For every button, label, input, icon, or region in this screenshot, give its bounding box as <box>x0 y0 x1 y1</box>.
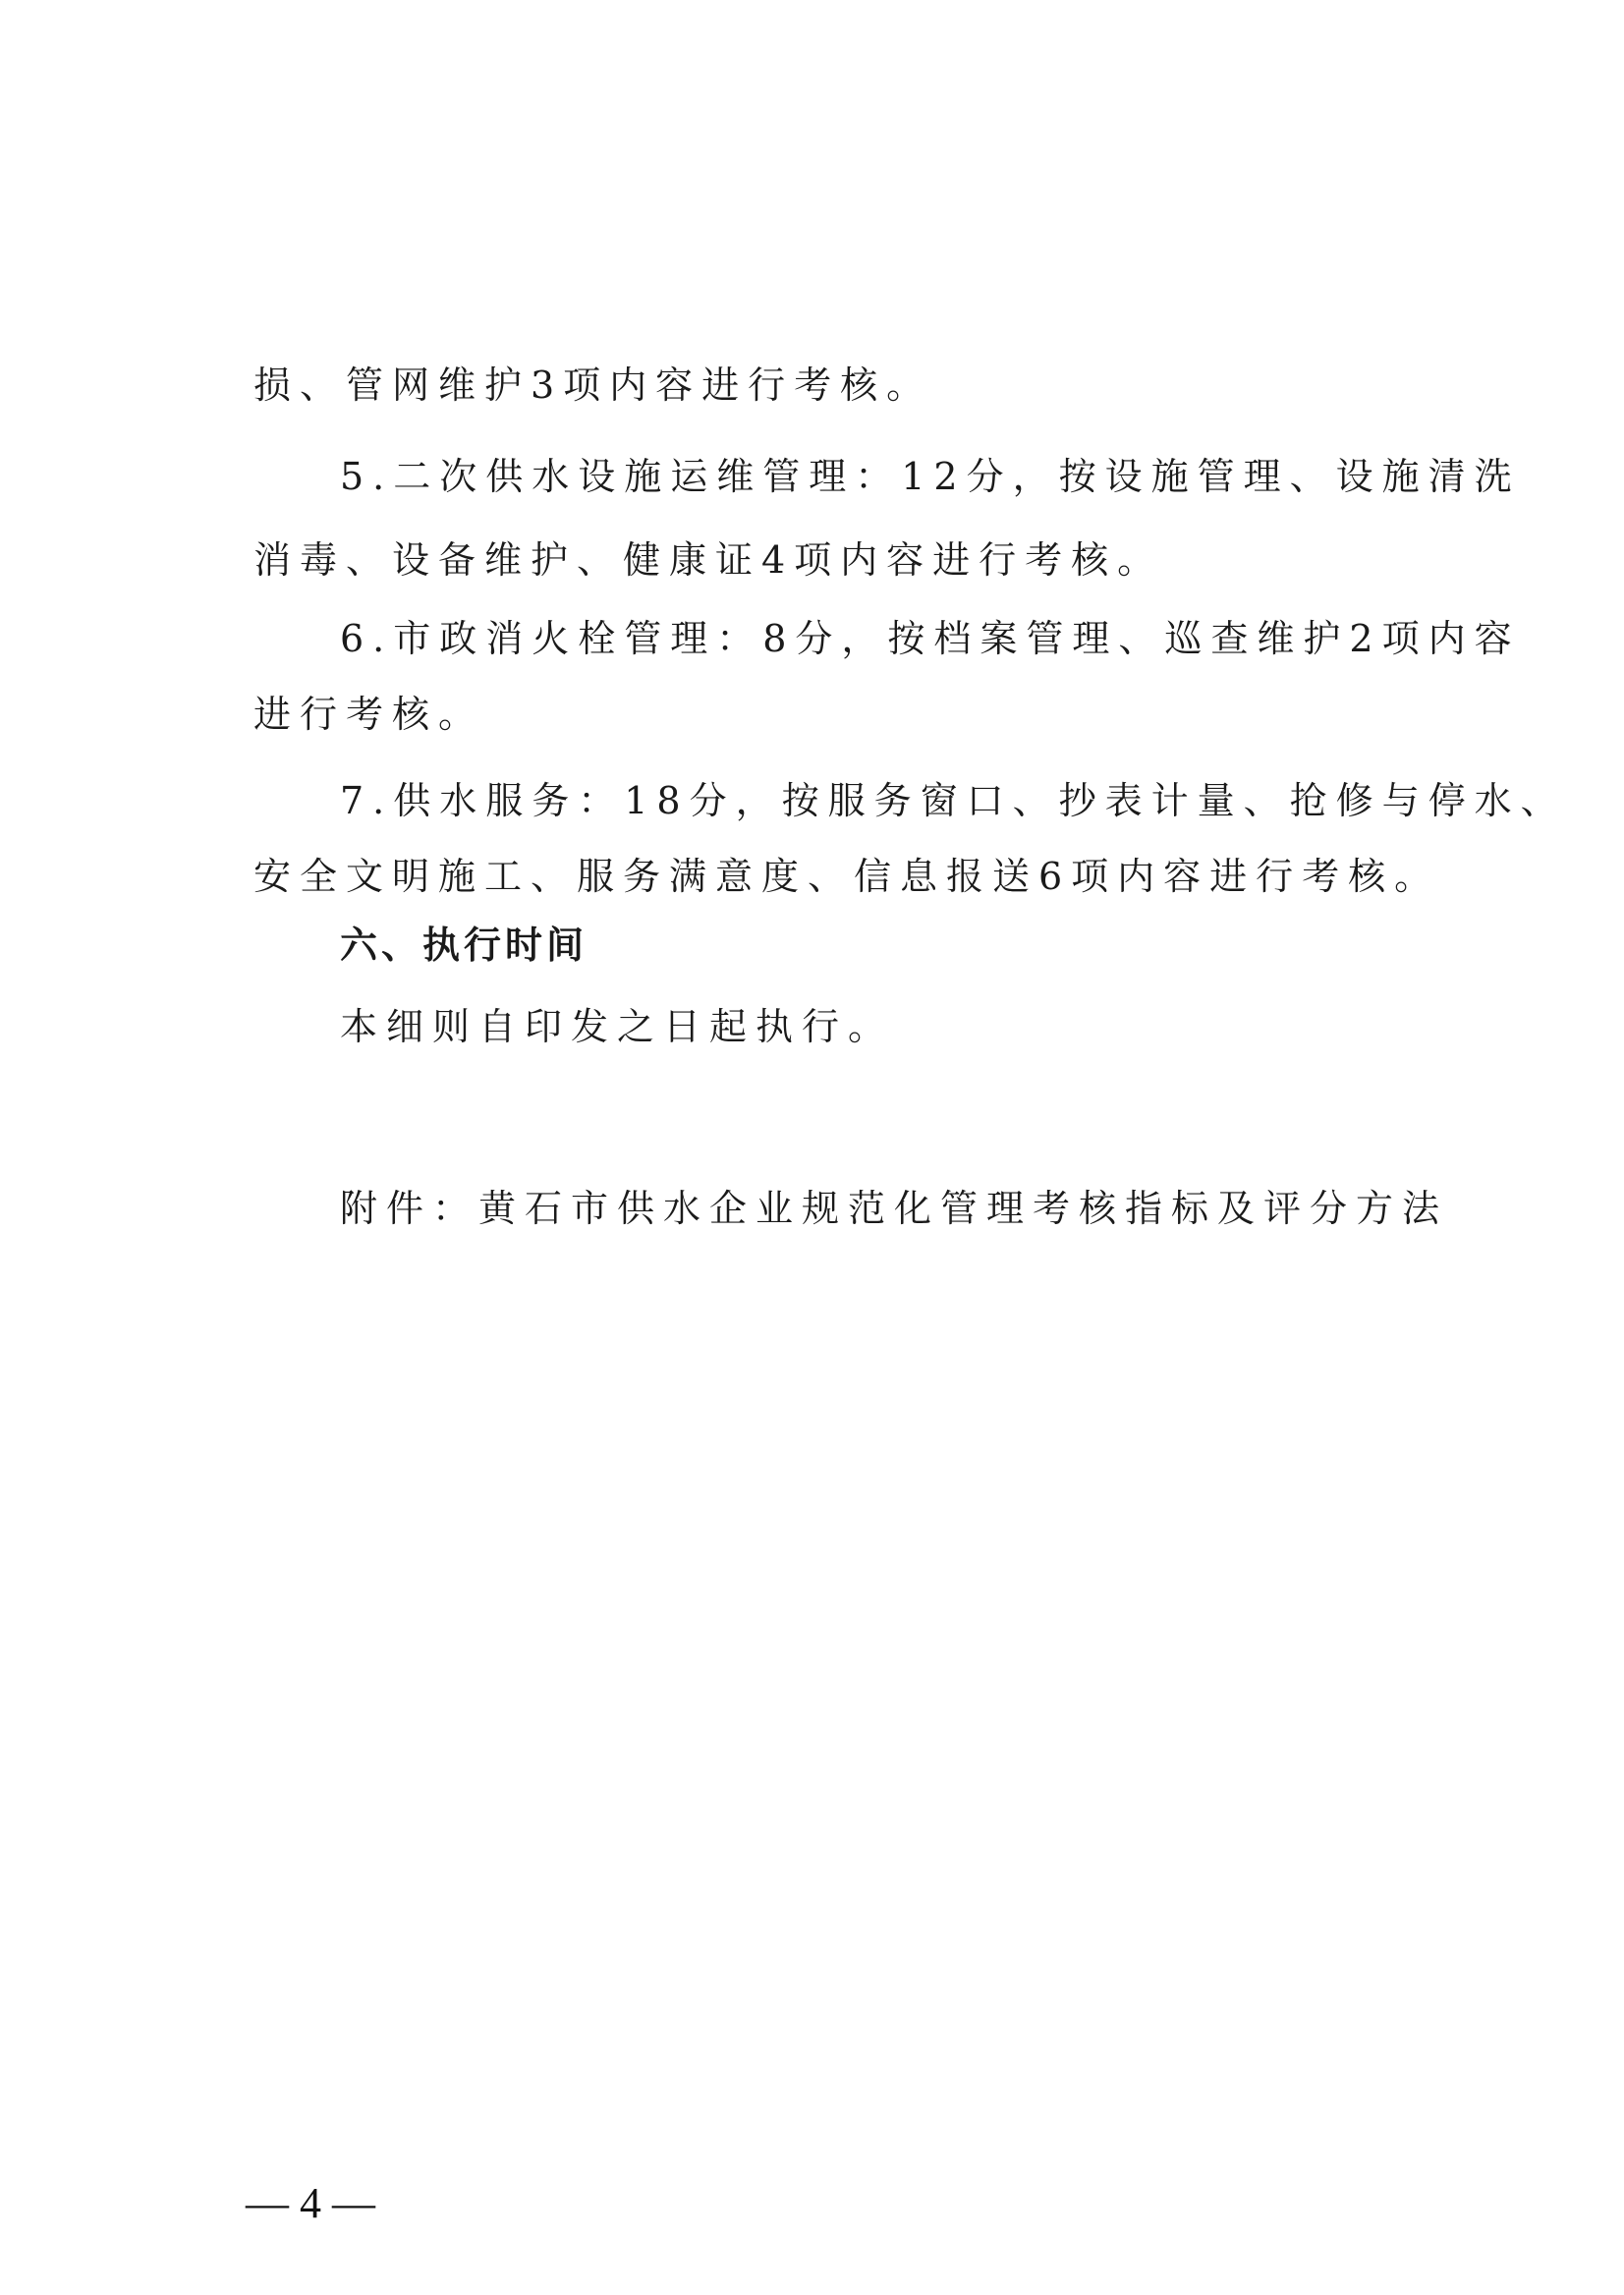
paragraph-line: 进行考核。 <box>253 691 484 738</box>
section-body: 本细则自印发之日起执行。 <box>340 1003 894 1050</box>
paragraph-line: 消毒、设备维护、健康证4项内容进行考核。 <box>253 536 1163 584</box>
paragraph-line: 5.二次供水设施运维管理：12分，按设施管理、设施清洗 <box>340 453 1521 500</box>
attachment-line: 附件：黄石市供水企业规范化管理考核指标及评分方法 <box>340 1185 1448 1232</box>
section-heading: 六、执行时间 <box>340 922 588 969</box>
document-page: 损、管网维护3项内容进行考核。 5.二次供水设施运维管理：12分，按设施管理、设… <box>0 0 1624 2295</box>
paragraph-line: 7.供水服务：18分，按服务窗口、抄表计量、抢修与停水、 <box>340 777 1567 824</box>
paragraph-line: 损、管网维护3项内容进行考核。 <box>253 362 932 409</box>
paragraph-line: 6.市政消火栓管理：8分，按档案管理、巡查维护2项内容 <box>340 615 1521 662</box>
paragraph-line: 安全文明施工、服务满意度、信息报送6项内容进行考核。 <box>253 853 1440 900</box>
page-number: — 4 — <box>246 2179 375 2228</box>
